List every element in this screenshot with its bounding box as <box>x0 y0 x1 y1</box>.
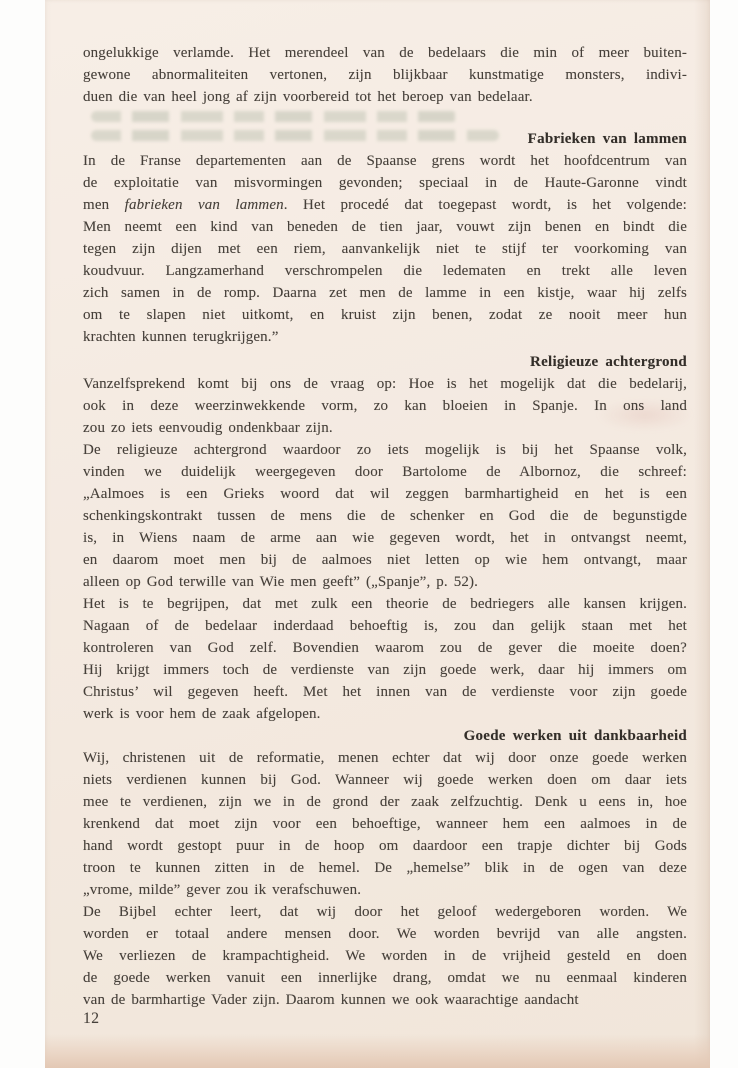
text-line: ook in deze weerzinwekkende vorm, zo kan… <box>83 395 687 417</box>
text-line: om te slapen niet uitkomt, en kruist zij… <box>83 304 687 326</box>
text-line: vinden we duidelijk weergegeven door Bar… <box>83 461 687 483</box>
text-line: De religieuze achtergrond waardoor zo ie… <box>83 439 687 461</box>
text-line: hand wordt gestopt puur in de hoop om da… <box>83 835 687 857</box>
text-line: koudvuur. Langzamerhand verschrompelen d… <box>83 260 687 282</box>
text-line: „vrome, milde” gever zou ik verafschuwen… <box>83 879 687 901</box>
text-line: men fabrieken van lammen. Het procedé da… <box>83 194 687 216</box>
paragraph: De religieuze achtergrond waardoor zo ie… <box>83 439 687 593</box>
text-line: Het is te begrijpen, dat met zulk een th… <box>83 593 687 615</box>
section-heading: Goede werken uit dankbaarheid <box>83 725 687 747</box>
text-line: werk is voor hem de zaak afgelopen. <box>83 703 687 725</box>
text-line: Men neemt een kind van beneden de tien j… <box>83 216 687 238</box>
text-line: is, in Wiens naam de arme aan wie gegeve… <box>83 527 687 549</box>
text-line: Vanzelfsprekend komt bij ons de vraag op… <box>83 373 687 395</box>
text-line: van de barmhartige Vader zijn. Daarom ku… <box>83 989 687 1011</box>
text-line: kontroleren van God zelf. Bovendien waar… <box>83 637 687 659</box>
text-line: en daarom moet men bij de aalmoes niet l… <box>83 549 687 571</box>
text-line: troon te kunnen zitten in de hemel. De „… <box>83 857 687 879</box>
text-line: ongelukkige verlamde. Het merendeel van … <box>83 42 687 64</box>
page-number: 12 <box>83 1008 100 1030</box>
section-heading: Fabrieken van lammen <box>83 128 687 150</box>
page-right-edge <box>694 0 710 1068</box>
paragraph: Vanzelfsprekend komt bij ons de vraag op… <box>83 373 687 439</box>
text-line: krachten kunnen terugkrijgen.” <box>83 326 687 348</box>
scan-background: ongelukkige verlamde. Het merendeel van … <box>0 0 738 1068</box>
paragraph: ongelukkige verlamde. Het merendeel van … <box>83 42 687 108</box>
italic-phrase: fabrieken van lammen <box>125 197 284 213</box>
text-line: „Aalmoes is een Grieks woord dat wil zeg… <box>83 483 687 505</box>
text-line: Christus’ wil gegeven heeft. Met het inn… <box>83 681 687 703</box>
text-line: de goede werken vanuit een innerlijke dr… <box>83 967 687 989</box>
text-line: schenkingskontrakt tussen de mens die de… <box>83 505 687 527</box>
section-heading: Religieuze achtergrond <box>83 351 687 373</box>
text-line: mee te verdienen, zijn we in de grond de… <box>83 791 687 813</box>
paragraph: In de Franse departementen aan de Spaans… <box>83 150 687 348</box>
text-line: gewone abnormaliteiten vertonen, zijn bl… <box>83 64 687 86</box>
book-page: ongelukkige verlamde. Het merendeel van … <box>45 0 710 1068</box>
text-line: duen die van heel jong af zijn voorberei… <box>83 86 687 108</box>
text-line: Nagaan of de bedelaar inderdaad behoefti… <box>83 615 687 637</box>
text-line: de exploitatie van misvormingen gevonden… <box>83 172 687 194</box>
page-bottom-edge <box>45 1034 710 1068</box>
page-text: ongelukkige verlamde. Het merendeel van … <box>83 42 687 1011</box>
text-line: niets verdienen kunnen bij God. Wanneer … <box>83 769 687 791</box>
text-line: worden er totaal andere mensen door. We … <box>83 923 687 945</box>
text-line: In de Franse departementen aan de Spaans… <box>83 150 687 172</box>
text-line: alleen op God terwille van Wie men geeft… <box>83 571 687 593</box>
paragraph: Wij, christenen uit de reformatie, menen… <box>83 747 687 901</box>
paragraph: De Bijbel echter leert, dat wij door het… <box>83 901 687 1011</box>
text-line: De Bijbel echter leert, dat wij door het… <box>83 901 687 923</box>
text-line: Hij krijgt immers toch de verdienste van… <box>83 659 687 681</box>
paragraph: Het is te begrijpen, dat met zulk een th… <box>83 593 687 725</box>
text-line: zich samen in de romp. Daarna zet men de… <box>83 282 687 304</box>
text-line: Wij, christenen uit de reformatie, menen… <box>83 747 687 769</box>
text-line: tegen zijn dijen met een riem, aanvankel… <box>83 238 687 260</box>
text-line: We verliezen de krampachtigheid. We word… <box>83 945 687 967</box>
text-line: krenkend dat moet zijn voor een behoefti… <box>83 813 687 835</box>
text-line: zou zo iets eenvoudig ondenkbaar zijn. <box>83 417 687 439</box>
